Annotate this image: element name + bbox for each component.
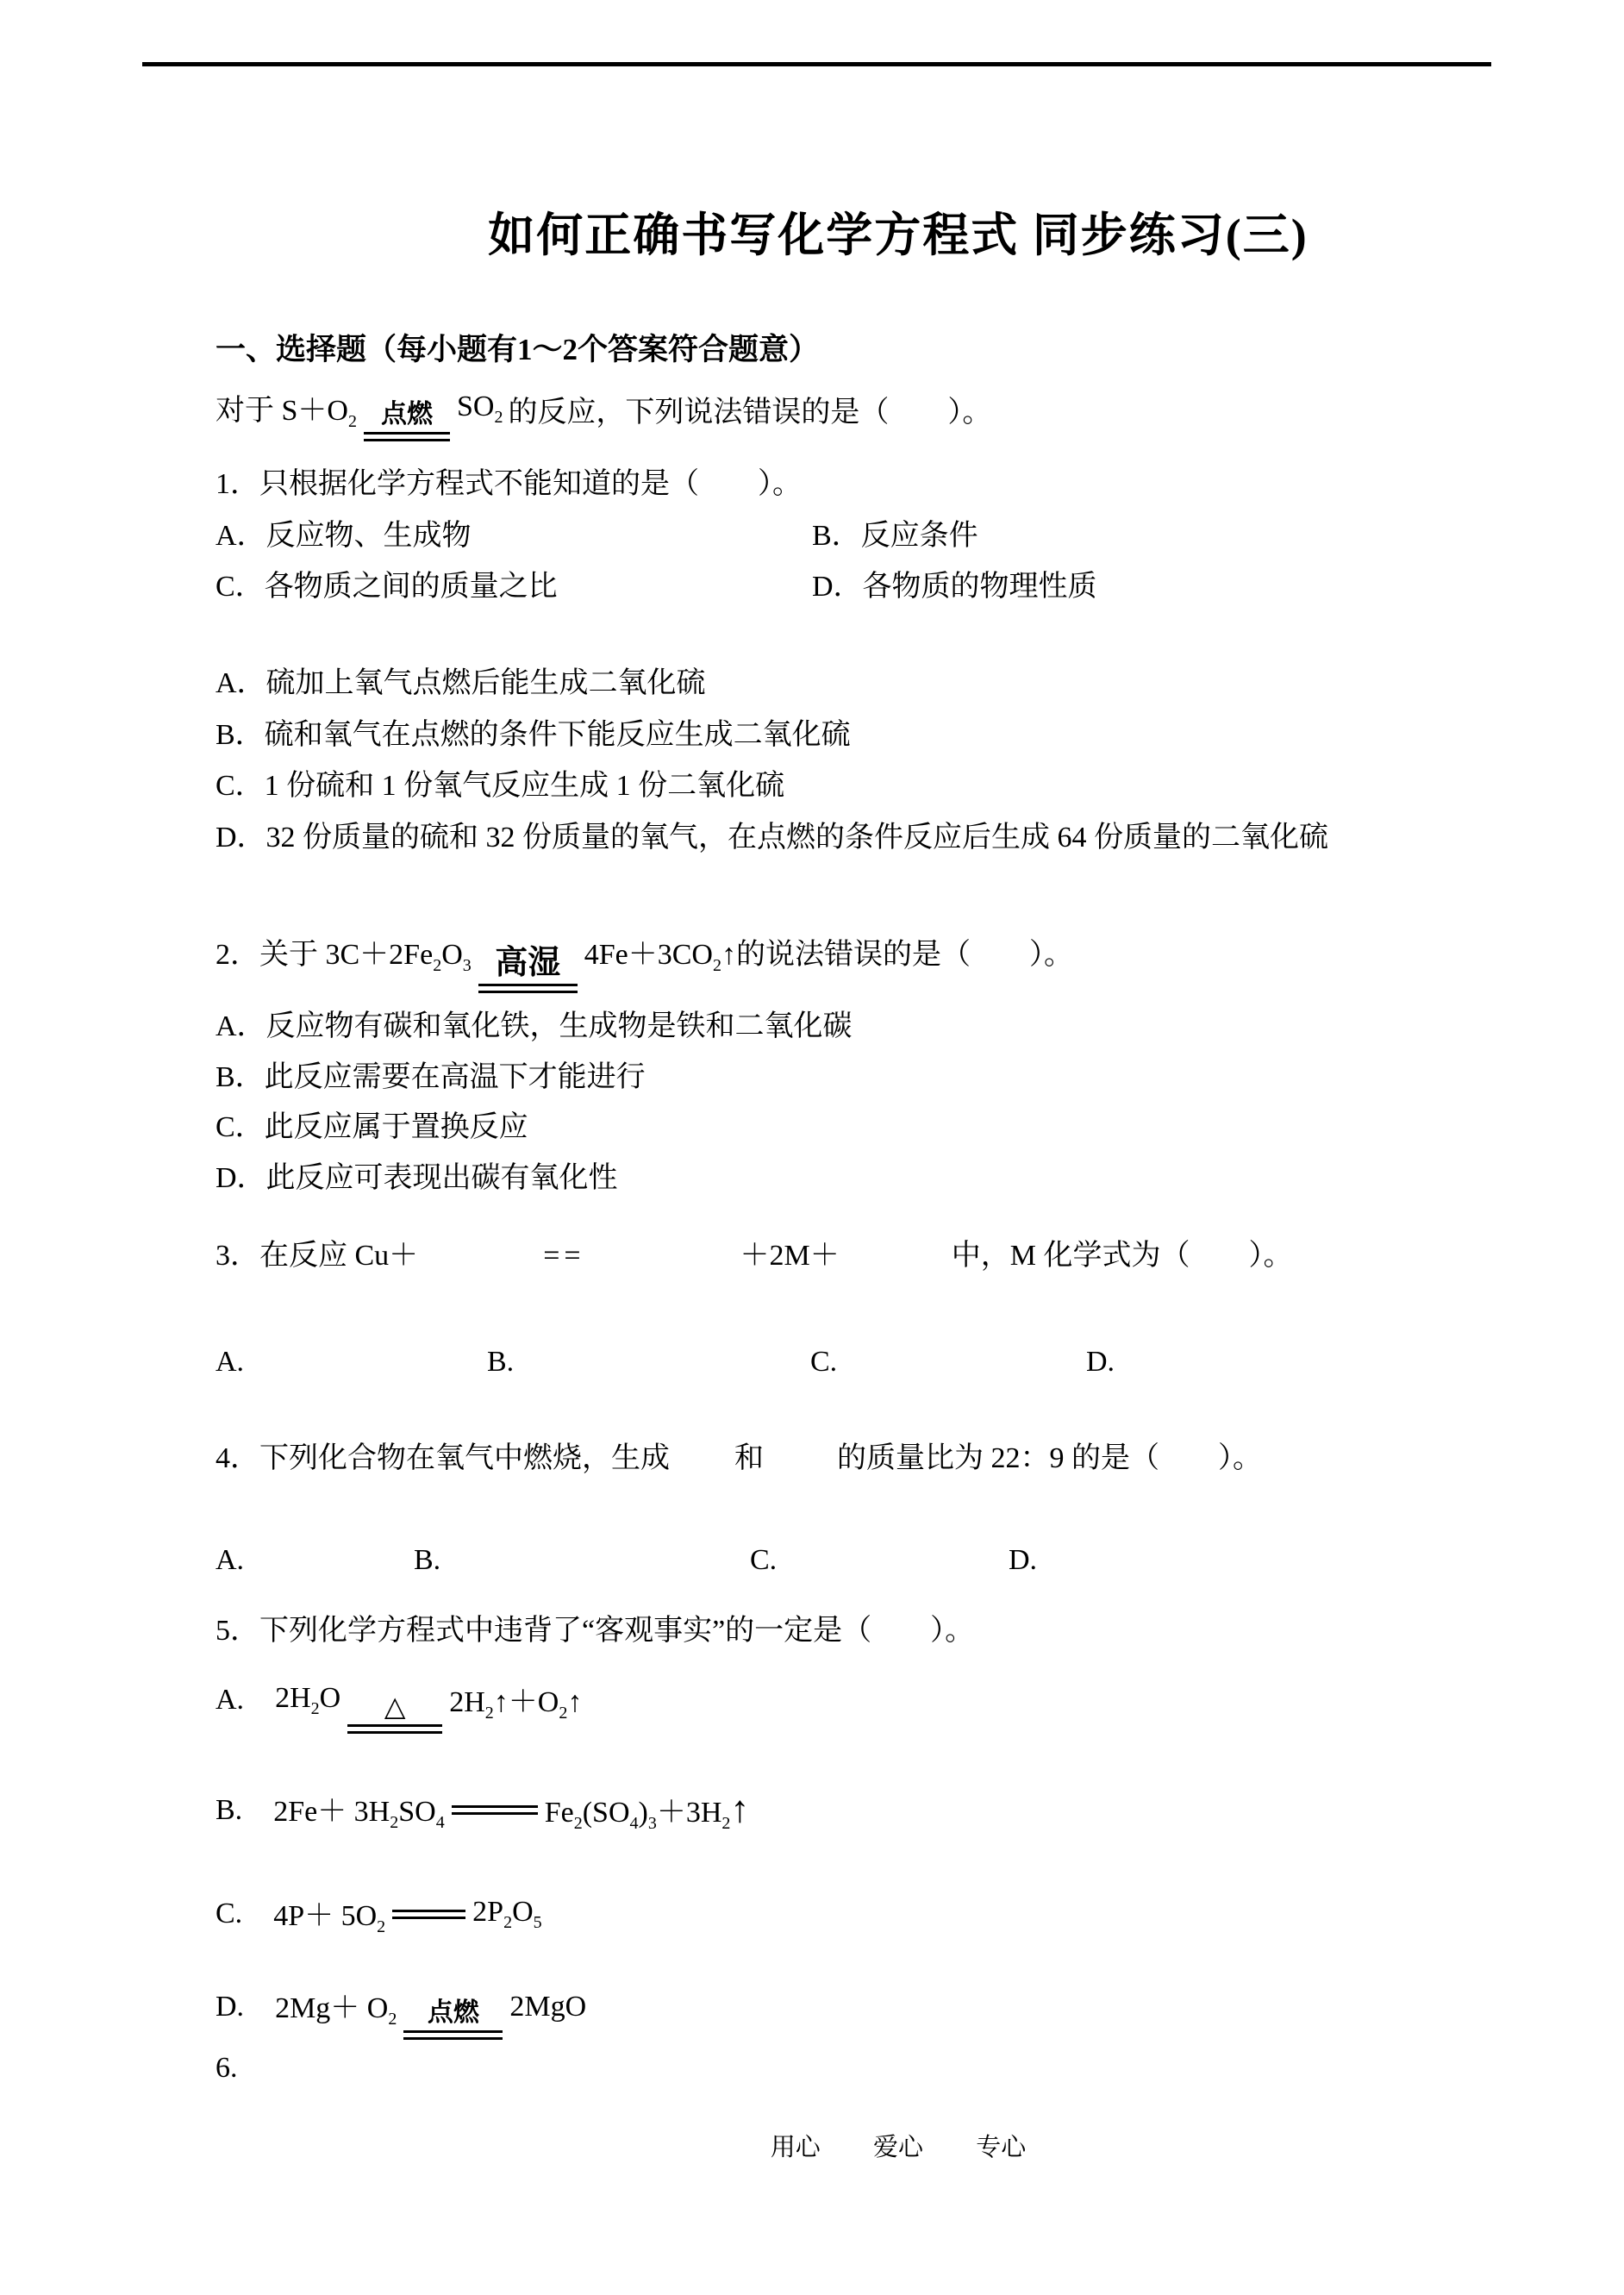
q4-option-c: C. — [750, 1542, 1009, 1579]
intro-eq-lhs: 对于 S＋O2 — [215, 386, 357, 432]
q2-eq-lhs-text-2: O — [441, 939, 463, 971]
q5d-sub-1: 2 — [388, 2010, 397, 2029]
page-title: 如何正确书写化学方程式 同步练习(三) — [86, 209, 1624, 262]
q4-part-1: 4．下列化合物在氧气中燃烧，生成 — [215, 1442, 670, 1474]
q2-eq-rhs-sub: 2 — [713, 956, 721, 975]
q5a-text-5: ↑ — [567, 1686, 582, 1718]
q5b-sub-6: 2 — [721, 1814, 730, 1833]
footer-word-2: 爱心 — [873, 2134, 923, 2161]
q2-option-d: D．此反应可表现出碳有氧化性 — [215, 1160, 1495, 1198]
q3-options-row: A. B. C. D. — [215, 1344, 1495, 1381]
q2-eq-doubleline: 高湿 — [478, 947, 578, 993]
q1-option-c: C．各物质之间的质量之比 — [215, 569, 812, 606]
q5-option-a-equation: A. 2H2O △ 2H2↑＋O2↑ — [215, 1664, 1495, 1737]
q3-equals: == — [543, 1240, 584, 1272]
q2-option-a: A．反应物有碳和氧化铁，生成物是铁和二氧化碳 — [215, 1009, 1495, 1046]
intro-option-d: D．32 份质量的硫和 32 份质量的氧气，在点燃的条件反应后生成 64 份质量… — [215, 820, 1495, 857]
question-3-stem: 3．在反应 Cu＋==＋2M＋中，M 化学式为（ ）。 — [215, 1238, 1495, 1275]
q3-option-c: C. — [810, 1344, 1086, 1381]
double-line-bar — [347, 1724, 442, 1734]
q5a-sub-1: 2 — [311, 1699, 320, 1718]
intro-question-line: 对于 S＋O2 点燃 SO2 的反应，下列说法错误的是（ ）。 — [215, 386, 1495, 432]
q1-options-row-1: A．反应物、生成物 B．反应条件 — [215, 518, 1495, 555]
q5-option-d-equation: D. 2Mg＋ O2 点燃 2MgO — [215, 1969, 1495, 2045]
q4-option-b: B. — [414, 1542, 750, 1579]
intro-eq-rhs: SO2 — [457, 391, 503, 428]
intro-eq-lhs-text: 对于 S＋O — [215, 395, 348, 427]
q5d-text-1: 2Mg＋ O — [275, 1992, 388, 2024]
q5-option-d-label: D. — [215, 1991, 244, 2023]
q5b-up-arrow: ↑ — [730, 1788, 749, 1830]
q5c-sub-3: 5 — [534, 1913, 542, 1932]
question-4-stem: 4．下列化合物在氧气中燃烧，生成和的质量比为 22：9 的是（ ）。 — [215, 1441, 1495, 1478]
q3-part-3: 中，M 化学式为（ ）。 — [952, 1240, 1293, 1272]
q5d-condition: 点燃 — [403, 2000, 503, 2026]
q1-option-d: D．各物质的物理性质 — [812, 569, 1097, 606]
intro-eq-condition: 点燃 — [364, 402, 450, 428]
q2-eq-lhs-sub-2: 3 — [463, 956, 472, 975]
q5c-text-1: 4P＋ 5O — [273, 1900, 377, 1932]
top-rule — [142, 62, 1491, 66]
intro-eq-rhs-sub: 2 — [494, 408, 503, 427]
intro-eq-lhs-sub: 2 — [348, 412, 357, 431]
intro-eq-doubleline: 点燃 — [364, 402, 450, 441]
footer-word-1: 用心 — [771, 2134, 821, 2161]
q5a-text-2: O — [320, 1682, 341, 1714]
q5b-sub-2: 4 — [436, 1813, 445, 1832]
q3-part-2: ＋2M＋ — [740, 1240, 840, 1272]
section-heading: 一、选择题（每小题有1～2个答案符合题意） — [215, 331, 1495, 369]
q5a-delta-condition: △ — [347, 1692, 442, 1720]
q5d-rhs: 2MgO — [509, 1991, 586, 2023]
q2-option-b: B．此反应需要在高温下才能进行 — [215, 1060, 1495, 1097]
q4-options-row: A. B. C. D. — [215, 1542, 1495, 1579]
q4-part-2: 和 — [734, 1442, 764, 1474]
q3-option-d: D. — [1086, 1344, 1115, 1381]
q5a-lhs: 2H2O — [275, 1682, 340, 1719]
q5b-text-2: SO — [398, 1796, 435, 1828]
q5a-text-3: 2H — [449, 1686, 485, 1718]
q5d-lhs: 2Mg＋ O2 — [275, 1984, 397, 2029]
double-line-bar — [392, 1910, 465, 1919]
q3-option-b: B. — [487, 1344, 810, 1381]
q5-option-a-label: A. — [215, 1684, 244, 1717]
q4-option-d: D. — [1009, 1542, 1037, 1579]
q5c-doubleline — [392, 1910, 465, 1919]
footer-word-3: 专心 — [976, 2134, 1026, 2161]
q5b-sub-1: 2 — [390, 1813, 398, 1832]
q5c-text-3: O — [512, 1896, 534, 1928]
q5b-text-5: ) — [639, 1797, 648, 1829]
q5-option-c-equation: C. 4P＋ 5O2 2P2O5 — [215, 1891, 1495, 1938]
question-6-label: 6. — [215, 2050, 1495, 2087]
double-line-bar — [478, 984, 578, 993]
q2-eq-lhs-text-1: 2．关于 3C＋2Fe — [215, 939, 433, 971]
double-line-bar — [364, 432, 450, 441]
q5b-text-3: Fe — [545, 1797, 574, 1829]
q5b-rhs: Fe2(SO4)3＋3H2↑ — [545, 1787, 750, 1834]
q5b-text-6: ＋3H — [657, 1797, 722, 1829]
intro-option-c: C．1 份硫和 1 份氧气反应生成 1 份二氧化硫 — [215, 768, 1495, 805]
q1-option-a: A．反应物、生成物 — [215, 518, 812, 555]
q5a-rhs: 2H2↑＋O2↑ — [449, 1678, 582, 1723]
q5-option-b-equation: B. 2Fe＋ 3H2SO4 Fe2(SO4)3＋3H2↑ — [215, 1780, 1495, 1841]
question-2-stem: 2．关于 3C＋2Fe2O3 高湿 4Fe＋3CO2↑的说法错误的是（ ）。 — [215, 929, 1495, 976]
q5-option-c-label: C. — [215, 1898, 242, 1930]
q5b-lhs: 2Fe＋ 3H2SO4 — [273, 1787, 445, 1833]
q5c-lhs: 4P＋ 5O2 — [273, 1892, 385, 1937]
intro-option-a: A．硫加上氧气点燃后能生成二氧化硫 — [215, 666, 1495, 703]
q5c-text-2: 2P — [472, 1896, 503, 1928]
q2-eq-condition: 高湿 — [478, 947, 578, 979]
double-line-bar — [452, 1805, 538, 1815]
q5a-text-4: ↑＋O — [494, 1686, 559, 1718]
worksheet-page: 如何正确书写化学方程式 同步练习(三) 一、选择题（每小题有1～2个答案符合题意… — [0, 0, 1624, 2295]
q4-option-a: A. — [215, 1542, 414, 1579]
q5d-doubleline: 点燃 — [403, 2000, 503, 2040]
q1-options-row-2: C．各物质之间的质量之比 D．各物质的物理性质 — [215, 569, 1495, 606]
q5c-rhs: 2P2O5 — [472, 1896, 541, 1933]
question-5-stem: 5．下列化学方程式中违背了“客观事实”的一定是（ ）。 — [215, 1613, 1495, 1650]
q5a-doubleline: △ — [347, 1692, 442, 1734]
q5c-sub-1: 2 — [377, 1917, 385, 1936]
q4-part-3: 的质量比为 22：9 的是（ ）。 — [837, 1442, 1262, 1474]
q5c-sub-2: 2 — [503, 1913, 512, 1932]
q2-option-c: C．此反应属于置换反应 — [215, 1110, 1495, 1147]
q5b-text-4: (SO — [583, 1797, 630, 1829]
q3-part-1: 3．在反应 Cu＋ — [215, 1240, 418, 1272]
double-line-bar — [403, 2030, 503, 2040]
q5b-sub-4: 4 — [630, 1814, 639, 1833]
page-footer: 用心 爱心 专心 — [86, 2128, 1624, 2163]
intro-eq-rhs-text: SO — [457, 391, 494, 422]
q5b-sub-3: 2 — [574, 1814, 583, 1833]
q5a-text-1: 2H — [275, 1682, 311, 1714]
q2-question-text: ↑的说法错误的是（ ）。 — [721, 939, 1073, 971]
q5b-doubleline — [452, 1805, 538, 1815]
question-1-stem: 1．只根据化学方程式不能知道的是（ ）。 — [215, 466, 1495, 503]
q2-eq-lhs-sub-1: 2 — [433, 956, 441, 975]
q2-eq-rhs: 4Fe＋3CO2↑的说法错误的是（ ）。 — [584, 930, 1073, 976]
q2-eq-rhs-text: 4Fe＋3CO — [584, 939, 713, 971]
q5b-sub-5: 3 — [648, 1814, 657, 1833]
q3-option-a: A. — [215, 1344, 487, 1381]
q5a-sub-3: 2 — [559, 1704, 567, 1723]
q5b-text-1: 2Fe＋ 3H — [273, 1796, 390, 1828]
intro-question-text: 的反应，下列说法错误的是（ ）。 — [508, 388, 991, 430]
q2-eq-lhs: 2．关于 3C＋2Fe2O3 — [215, 930, 472, 976]
q5-option-b-label: B. — [215, 1794, 242, 1827]
q1-option-b: B．反应条件 — [812, 518, 978, 555]
intro-option-b: B．硫和氧气在点燃的条件下能反应生成二氧化硫 — [215, 717, 1495, 754]
q5a-sub-2: 2 — [485, 1704, 494, 1723]
